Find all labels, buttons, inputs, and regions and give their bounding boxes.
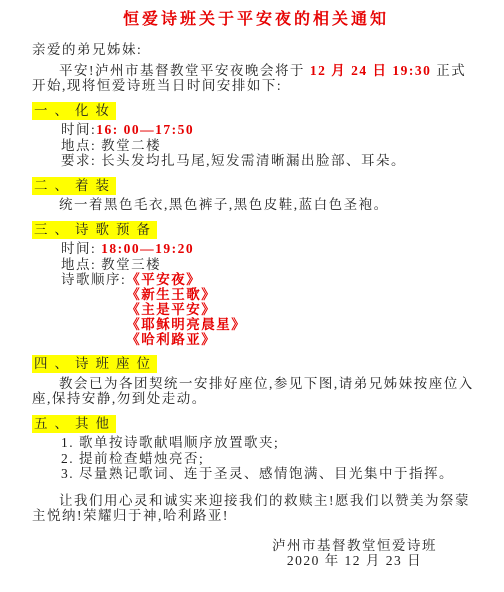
makeup-place-label: 地点: [61,138,101,153]
seating-paragraph: 教会已为各团契统一安排好座位,参见下图,请弟兄姊妹按座位入座,保持安静,勿到处走… [32,376,480,407]
other-item-1: 1. 歌单按诗歌献唱顺序放置歌夹; [61,435,480,451]
rehearsal-place-label: 地点: [61,257,101,272]
makeup-time-line: 时间:16: 00—17:50 [61,122,480,138]
makeup-place-value: 教堂二楼 [101,138,161,153]
rehearsal-time-value: 18:00—19:20 [101,241,194,256]
makeup-requirement-value: 长头发均扎马尾,短发需清晰漏出脸部、耳朵。 [101,153,406,168]
song-title-1: 《平安夜》 [126,272,246,287]
section-rehearsal-body: 时间: 18:00—19:20 地点: 教堂三楼 诗歌顺序: 《平安夜》 《新生… [61,241,480,347]
section-heading-dress-label: 二、着装 [32,177,116,195]
makeup-requirement-label: 要求: [61,153,101,168]
song-order-label: 诗歌顺序: [61,272,126,347]
section-heading-other: 五、其他 [32,416,480,432]
section-heading-other-label: 五、其他 [32,415,116,433]
section-heading-seating-label: 四、诗班座位 [32,355,157,373]
makeup-place-line: 地点: 教堂二楼 [61,138,480,154]
song-title-2: 《新生王歌》 [126,287,246,302]
other-item-2: 2. 提前检查蜡烛亮否; [61,451,480,467]
section-makeup-body: 时间:16: 00—17:50 地点: 教堂二楼 要求: 长头发均扎马尾,短发需… [61,122,480,169]
section-heading-dress: 二、着装 [32,178,480,194]
rehearsal-time-label: 时间: [61,241,101,256]
section-heading-rehearsal-label: 三、诗歌预备 [32,221,157,239]
intro-paragraph: 平安!泸州市基督教堂平安夜晚会将于 12 月 24 日 19:30 正式开始,现… [32,63,480,94]
page-title: 恒爱诗班关于平安夜的相关通知 [32,10,480,30]
section-heading-makeup-label: 一、化妆 [32,102,116,120]
notice-document: 恒爱诗班关于平安夜的相关通知 亲爱的弟兄姊妹: 平安!泸州市基督教堂平安夜晚会将… [0,0,504,573]
section-heading-makeup: 一、化妆 [32,103,480,119]
other-item-3: 3. 尽量熟记歌词、连于圣灵、感情饱满、目光集中于指挥。 [61,466,480,482]
signature-date: 2020 年 12 月 23 日 [272,553,437,569]
event-datetime: 12 月 24 日 19:30 [310,63,432,78]
song-title-5: 《哈利路亚》 [126,332,246,347]
makeup-time-value: 16: 00—17:50 [96,122,194,137]
signature-name: 泸州市基督教堂恒爱诗班 [272,538,437,554]
section-heading-rehearsal: 三、诗歌预备 [32,222,480,238]
rehearsal-place-line: 地点: 教堂三楼 [61,257,480,273]
makeup-requirement-line: 要求: 长头发均扎马尾,短发需清晰漏出脸部、耳朵。 [61,153,480,169]
song-list: 《平安夜》 《新生王歌》 《主是平安》 《耶稣明亮晨星》 《哈利路亚》 [126,272,246,347]
closing-paragraph: 让我们用心灵和诚实来迎接我们的救赎主!愿我们以赞美为祭蒙主悦纳!荣耀归于神,哈利… [32,493,480,524]
rehearsal-time-line: 时间: 18:00—19:20 [61,241,480,257]
rehearsal-place-value: 教堂三楼 [101,257,161,272]
intro-text-before: 平安!泸州市基督教堂平安夜晚会将于 [59,63,310,78]
section-heading-seating: 四、诗班座位 [32,356,480,372]
makeup-time-label: 时间: [61,122,96,137]
song-order-row: 诗歌顺序: 《平安夜》 《新生王歌》 《主是平安》 《耶稣明亮晨星》 《哈利路亚… [61,272,480,347]
signature-block: 泸州市基督教堂恒爱诗班 2020 年 12 月 23 日 [272,538,437,569]
other-items-list: 1. 歌单按诗歌献唱顺序放置歌夹; 2. 提前检查蜡烛亮否; 3. 尽量熟记歌词… [61,435,480,482]
song-title-3: 《主是平安》 [126,302,246,317]
song-title-4: 《耶稣明亮晨星》 [126,317,246,332]
greeting-line: 亲爱的弟兄姊妹: [32,42,480,58]
dress-paragraph: 统一着黑色毛衣,黑色裤子,黑色皮鞋,蓝白色圣袍。 [32,197,480,213]
